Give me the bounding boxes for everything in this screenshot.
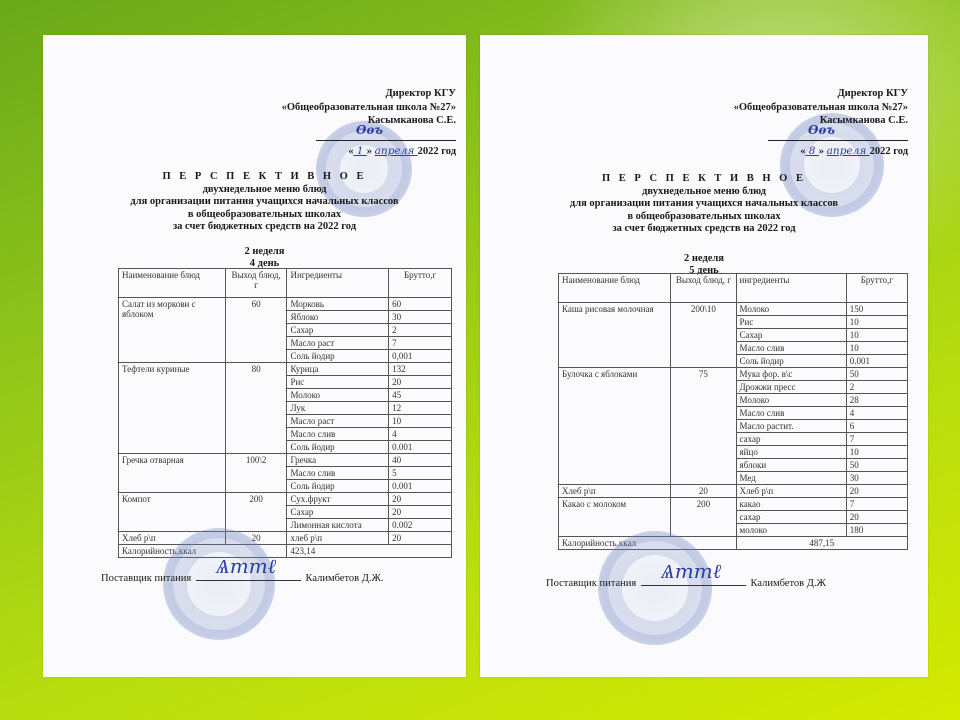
table-row: Каша рисовая молочная200\10Молоко150: [559, 303, 908, 316]
ingredient-name: Сахар: [287, 506, 389, 519]
ingredient-name: Лимонная кислота: [287, 519, 389, 532]
supplier-signature: Ѧmmℓ: [196, 570, 301, 581]
ingredient-gross: 20: [389, 493, 452, 506]
column-header: Наименование блюд: [559, 274, 671, 303]
ingredient-gross: 20: [846, 485, 907, 498]
ingredient-name: Мед: [736, 472, 846, 485]
ingredient-name: сахар: [736, 511, 846, 524]
ingredient-gross: 0.001: [389, 480, 452, 493]
dish-yield: 200\10: [671, 303, 736, 368]
ingredient-name: Лук: [287, 402, 389, 415]
ingredient-gross: 7: [846, 498, 907, 511]
ingredient-gross: 20: [389, 376, 452, 389]
column-header: Выход блюд, г: [225, 269, 287, 298]
column-header: ингредиенты: [736, 274, 846, 303]
document-title: П Е Р С П Е К Т И В Н О Е двухнедельное …: [83, 171, 446, 234]
ingredient-name: Курица: [287, 363, 389, 376]
column-header: Наименование блюд: [119, 269, 226, 298]
menu-document-day-5: Директор КГУ «Общеобразовательная школа …: [480, 35, 928, 677]
column-header: Ингредиенты: [287, 269, 389, 298]
ingredient-name: сахар: [736, 433, 846, 446]
ingredient-name: Масло слив: [287, 428, 389, 441]
ingredient-name: какао: [736, 498, 846, 511]
ingredient-gross: 45: [389, 389, 452, 402]
menu-table: Наименование блюдВыход блюд, гИнгредиент…: [118, 268, 452, 558]
ingredient-name: Гречка: [287, 454, 389, 467]
supplier-name: Калимбетов Д.Ж: [750, 578, 825, 589]
approval-director: Касымканова С.Е.: [196, 114, 456, 128]
dish-yield: 20: [671, 485, 736, 498]
dish-name: Каша рисовая молочная: [559, 303, 671, 368]
ingredient-gross: 7: [389, 337, 452, 350]
title-line: за счет бюджетных средств на 2022 год: [520, 223, 888, 236]
ingredient-name: Соль йодир: [287, 350, 389, 363]
calorie-row: Калорийность,ккал423,14: [119, 545, 452, 558]
ingredient-name: Сахар: [736, 329, 846, 342]
week-label: 2 неделя: [520, 253, 888, 265]
ingredient-name: Рис: [736, 316, 846, 329]
ingredient-gross: 7: [846, 433, 907, 446]
menu-table: Наименование блюдВыход блюд, гингредиент…: [558, 273, 908, 550]
title-line: за счет бюджетных средств на 2022 год: [83, 221, 446, 234]
calorie-value: 487,15: [736, 537, 907, 550]
ingredient-gross: 2: [846, 381, 907, 394]
ingredient-gross: 30: [846, 472, 907, 485]
ingredient-gross: 60: [389, 298, 452, 311]
ingredient-name: Соль йодир: [287, 480, 389, 493]
supplier-label: Поставщик питания: [546, 578, 636, 589]
ingredient-name: Масло раст: [287, 415, 389, 428]
table-row: Хлеб р\п20хлеб р\п20: [119, 532, 452, 545]
ingredient-gross: 0.001: [389, 441, 452, 454]
dish-name: Салат из моркови с яблоком: [119, 298, 226, 363]
ingredient-name: Молоко: [736, 394, 846, 407]
ingredient-name: Сахар: [287, 324, 389, 337]
ingredient-name: Хлеб р\п: [736, 485, 846, 498]
title-line: двухнедельное меню блюд: [520, 186, 888, 199]
ingredient-gross: 6: [846, 420, 907, 433]
ingredient-name: Молоко: [287, 389, 389, 402]
approval-position: Директор КГУ: [648, 87, 908, 101]
supplier-name: Калимбетов Д.Ж.: [305, 573, 383, 584]
menu-document-day-4: Директор КГУ «Общеобразовательная школа …: [43, 35, 466, 677]
ingredient-gross: 4: [389, 428, 452, 441]
director-signature: Ѳѳъ: [768, 128, 908, 141]
dish-yield: 60: [225, 298, 287, 363]
ingredient-gross: 50: [846, 459, 907, 472]
document-title: П Е Р С П Е К Т И В Н О Е двухнедельное …: [520, 173, 888, 236]
ingredient-gross: 0,001: [389, 350, 452, 363]
ingredient-name: Масло раст: [287, 337, 389, 350]
ingredient-name: Соль йодир: [736, 355, 846, 368]
ingredient-gross: 10: [846, 316, 907, 329]
table-row: Компот200Сух.фрукт20: [119, 493, 452, 506]
ingredient-gross: 10: [846, 342, 907, 355]
dish-name: Хлеб р\п: [559, 485, 671, 498]
dish-yield: 100\2: [225, 454, 287, 493]
dish-name: Гречка отварная: [119, 454, 226, 493]
ingredient-gross: 28: [846, 394, 907, 407]
ingredient-name: Дрожжи пресс: [736, 381, 846, 394]
supplier-stamp: [163, 528, 275, 640]
title-heading: П Е Р С П Е К Т И В Н О Е: [520, 173, 888, 186]
ingredient-name: Мука фор. в\с: [736, 368, 846, 381]
table-row: Тефтели куриные80Курица132: [119, 363, 452, 376]
table-row: Салат из моркови с яблоком60Морковь60: [119, 298, 452, 311]
title-line: в общеобразовательных школах: [520, 211, 888, 224]
supplier-label: Поставщик питания: [101, 573, 191, 584]
approval-date: « 1 » апреля 2022 год: [196, 145, 456, 159]
dish-yield: 75: [671, 368, 736, 485]
column-header: Брутто,г: [389, 269, 452, 298]
approval-block: Директор КГУ «Общеобразовательная школа …: [648, 87, 908, 159]
title-line: двухнедельное меню блюд: [83, 184, 446, 197]
title-line: в общеобразовательных школах: [83, 209, 446, 222]
table-row: Булочка с яблоками75Мука фор. в\с50: [559, 368, 908, 381]
director-signature: Ѳѳъ: [316, 128, 456, 141]
ingredient-name: яйцо: [736, 446, 846, 459]
ingredient-name: хлеб р\п: [287, 532, 389, 545]
ingredient-name: Масло слив: [736, 407, 846, 420]
calorie-row: Калорийность,ккал487,15: [559, 537, 908, 550]
ingredient-gross: 10: [389, 415, 452, 428]
ingredient-gross: 180: [846, 524, 907, 537]
ingredient-name: Рис: [287, 376, 389, 389]
approval-organization: «Общеобразовательная школа №27»: [196, 101, 456, 115]
dish-name: Компот: [119, 493, 226, 532]
ingredient-name: Морковь: [287, 298, 389, 311]
ingredient-name: Масло растит.: [736, 420, 846, 433]
approval-block: Директор КГУ «Общеобразовательная школа …: [196, 87, 456, 159]
ingredient-gross: 0.001: [846, 355, 907, 368]
ingredient-name: Молоко: [736, 303, 846, 316]
week-label: 2 неделя: [83, 246, 446, 258]
ingredient-gross: 30: [389, 311, 452, 324]
approval-position: Директор КГУ: [196, 87, 456, 101]
ingredient-name: Сух.фрукт: [287, 493, 389, 506]
ingredient-name: Соль йодир: [287, 441, 389, 454]
dish-yield: 80: [225, 363, 287, 454]
table-header-row: Наименование блюдВыход блюд, гИнгредиент…: [119, 269, 452, 298]
week-day-label: 2 неделя 4 день: [83, 246, 446, 270]
ingredient-gross: 40: [389, 454, 452, 467]
dish-name: Тефтели куриные: [119, 363, 226, 454]
ingredient-gross: 150: [846, 303, 907, 316]
ingredient-name: Масло слив: [736, 342, 846, 355]
ingredient-gross: 132: [389, 363, 452, 376]
ingredient-name: Масло слив: [287, 467, 389, 480]
ingredient-gross: 0.002: [389, 519, 452, 532]
ingredient-gross: 20: [389, 532, 452, 545]
title-heading: П Е Р С П Е К Т И В Н О Е: [83, 171, 446, 184]
ingredient-name: молоко: [736, 524, 846, 537]
ingredient-gross: 12: [389, 402, 452, 415]
column-header: Выход блюд, г: [671, 274, 736, 303]
ingredient-name: яблоки: [736, 459, 846, 472]
table-row: Гречка отварная100\2Гречка40: [119, 454, 452, 467]
approval-date: « 8 » апреля 2022 год: [648, 145, 908, 159]
approval-director: Касымканова С.Е.: [648, 114, 908, 128]
dish-yield: 200: [671, 498, 736, 537]
table-row: Хлеб р\п20Хлеб р\п20: [559, 485, 908, 498]
supplier-signature: Ѧmmℓ: [641, 575, 746, 586]
ingredient-gross: 5: [389, 467, 452, 480]
ingredient-gross: 10: [846, 329, 907, 342]
dish-yield: 200: [225, 493, 287, 532]
ingredient-gross: 4: [846, 407, 907, 420]
dish-name: Булочка с яблоками: [559, 368, 671, 485]
title-line: для организации питания учащихся начальн…: [520, 198, 888, 211]
supplier-signature-block: Поставщик питания Ѧmmℓ Калимбетов Д.Ж: [546, 575, 826, 589]
table-row: Какао с молоком200какао7: [559, 498, 908, 511]
calorie-value: 423,14: [287, 545, 452, 558]
supplier-signature-block: Поставщик питания Ѧmmℓ Калимбетов Д.Ж.: [101, 570, 384, 584]
ingredient-gross: 10: [846, 446, 907, 459]
table-header-row: Наименование блюдВыход блюд, гингредиент…: [559, 274, 908, 303]
title-line: для организации питания учащихся начальн…: [83, 196, 446, 209]
ingredient-name: Яблоко: [287, 311, 389, 324]
ingredient-gross: 20: [846, 511, 907, 524]
ingredient-gross: 20: [389, 506, 452, 519]
column-header: Брутто,г: [846, 274, 907, 303]
ingredient-gross: 50: [846, 368, 907, 381]
ingredient-gross: 2: [389, 324, 452, 337]
approval-organization: «Общеобразовательная школа №27»: [648, 101, 908, 115]
